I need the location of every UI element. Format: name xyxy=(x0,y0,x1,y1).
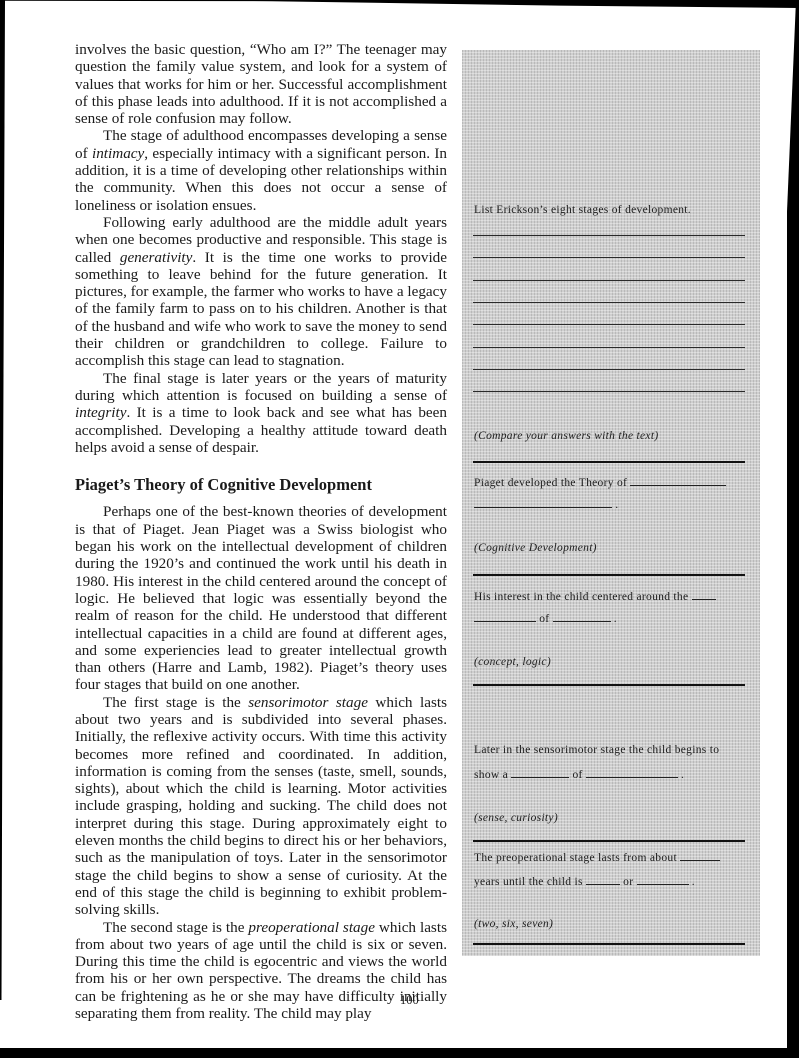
paragraph-preoperational: The second stage is the preoperational s… xyxy=(75,919,447,1023)
q4-line2: show a of . xyxy=(474,767,746,781)
q1-answer-line[interactable] xyxy=(473,391,745,392)
q3-blank-2[interactable] xyxy=(474,611,536,622)
q5-blank-1[interactable] xyxy=(680,850,720,861)
paragraph-identity: involves the basic question, “Who am I?”… xyxy=(75,41,447,127)
q2-line2: . xyxy=(474,497,746,511)
scan-edge-right xyxy=(787,0,799,1058)
q3-line2: of . xyxy=(474,611,746,625)
q2-answer-hint: (Cognitive Development) xyxy=(474,542,746,554)
q1-answer-line[interactable] xyxy=(473,280,745,281)
term-sensorimotor: sensorimotor stage xyxy=(248,694,368,711)
q4-blank-1[interactable] xyxy=(511,767,569,778)
section-heading: Piaget’s Theory of Cognitive Development xyxy=(75,476,447,493)
q1-answer-line[interactable] xyxy=(473,324,745,325)
q3-blank-3[interactable] xyxy=(553,611,611,622)
paragraph-sensorimotor: The first stage is the sensorimotor stag… xyxy=(75,694,447,919)
q1-answer-line[interactable] xyxy=(473,235,745,236)
q1-answer-line[interactable] xyxy=(473,302,745,303)
divider xyxy=(473,684,745,686)
term-intimacy: intimacy xyxy=(92,145,144,162)
scan-edge-bottom xyxy=(0,1048,799,1058)
q2-prompt: Piaget developed the Theory of xyxy=(474,475,746,489)
study-guide-sidebar: List Erickson’s eight stages of developm… xyxy=(462,50,760,956)
q3-prompt: His interest in the child centered aroun… xyxy=(474,589,746,603)
q5-blank-3[interactable] xyxy=(637,874,689,885)
q4-prompt: Later in the sensorimotor stage the chil… xyxy=(474,744,746,756)
divider xyxy=(473,461,745,463)
q1-answer-line[interactable] xyxy=(473,257,745,258)
q5-line2: years until the child is or . xyxy=(474,874,746,888)
term-preoperational: preoperational stage xyxy=(248,919,375,936)
paragraph-generativity: Following early adulthood are the middle… xyxy=(75,214,447,370)
q5-blank-2[interactable] xyxy=(586,874,620,885)
q2-blank-1[interactable] xyxy=(630,475,726,486)
q4-blank-2[interactable] xyxy=(586,767,678,778)
q3-answer-hint: (concept, logic) xyxy=(474,656,746,668)
paragraph-integrity: The final stage is later years or the ye… xyxy=(75,370,447,456)
divider xyxy=(473,574,745,576)
page-number: 100 xyxy=(400,993,419,1008)
term-generativity: generativity xyxy=(120,249,193,266)
q5-answer-hint: (two, six, seven) xyxy=(474,918,746,930)
q5-prompt: The preoperational stage lasts from abou… xyxy=(474,850,746,864)
divider xyxy=(473,943,745,945)
q4-answer-hint: (sense, curiosity) xyxy=(474,812,746,824)
scan-edge-top xyxy=(0,0,799,8)
q2-blank-2[interactable] xyxy=(474,497,612,508)
term-integrity: integrity xyxy=(75,404,126,421)
q3-blank-1[interactable] xyxy=(692,589,716,600)
q1-answer-line[interactable] xyxy=(473,369,745,370)
main-text-column: involves the basic question, “Who am I?”… xyxy=(75,41,447,1022)
q1-prompt: List Erickson’s eight stages of developm… xyxy=(474,204,746,216)
scan-edge-left xyxy=(0,0,5,1000)
q1-answer-line[interactable] xyxy=(473,347,745,348)
paragraph-intimacy: The stage of adulthood encompasses devel… xyxy=(75,127,447,213)
paragraph-piaget-intro: Perhaps one of the best-known theories o… xyxy=(75,503,447,693)
q1-answer-hint: (Compare your answers with the text) xyxy=(474,430,746,442)
divider xyxy=(473,840,745,842)
